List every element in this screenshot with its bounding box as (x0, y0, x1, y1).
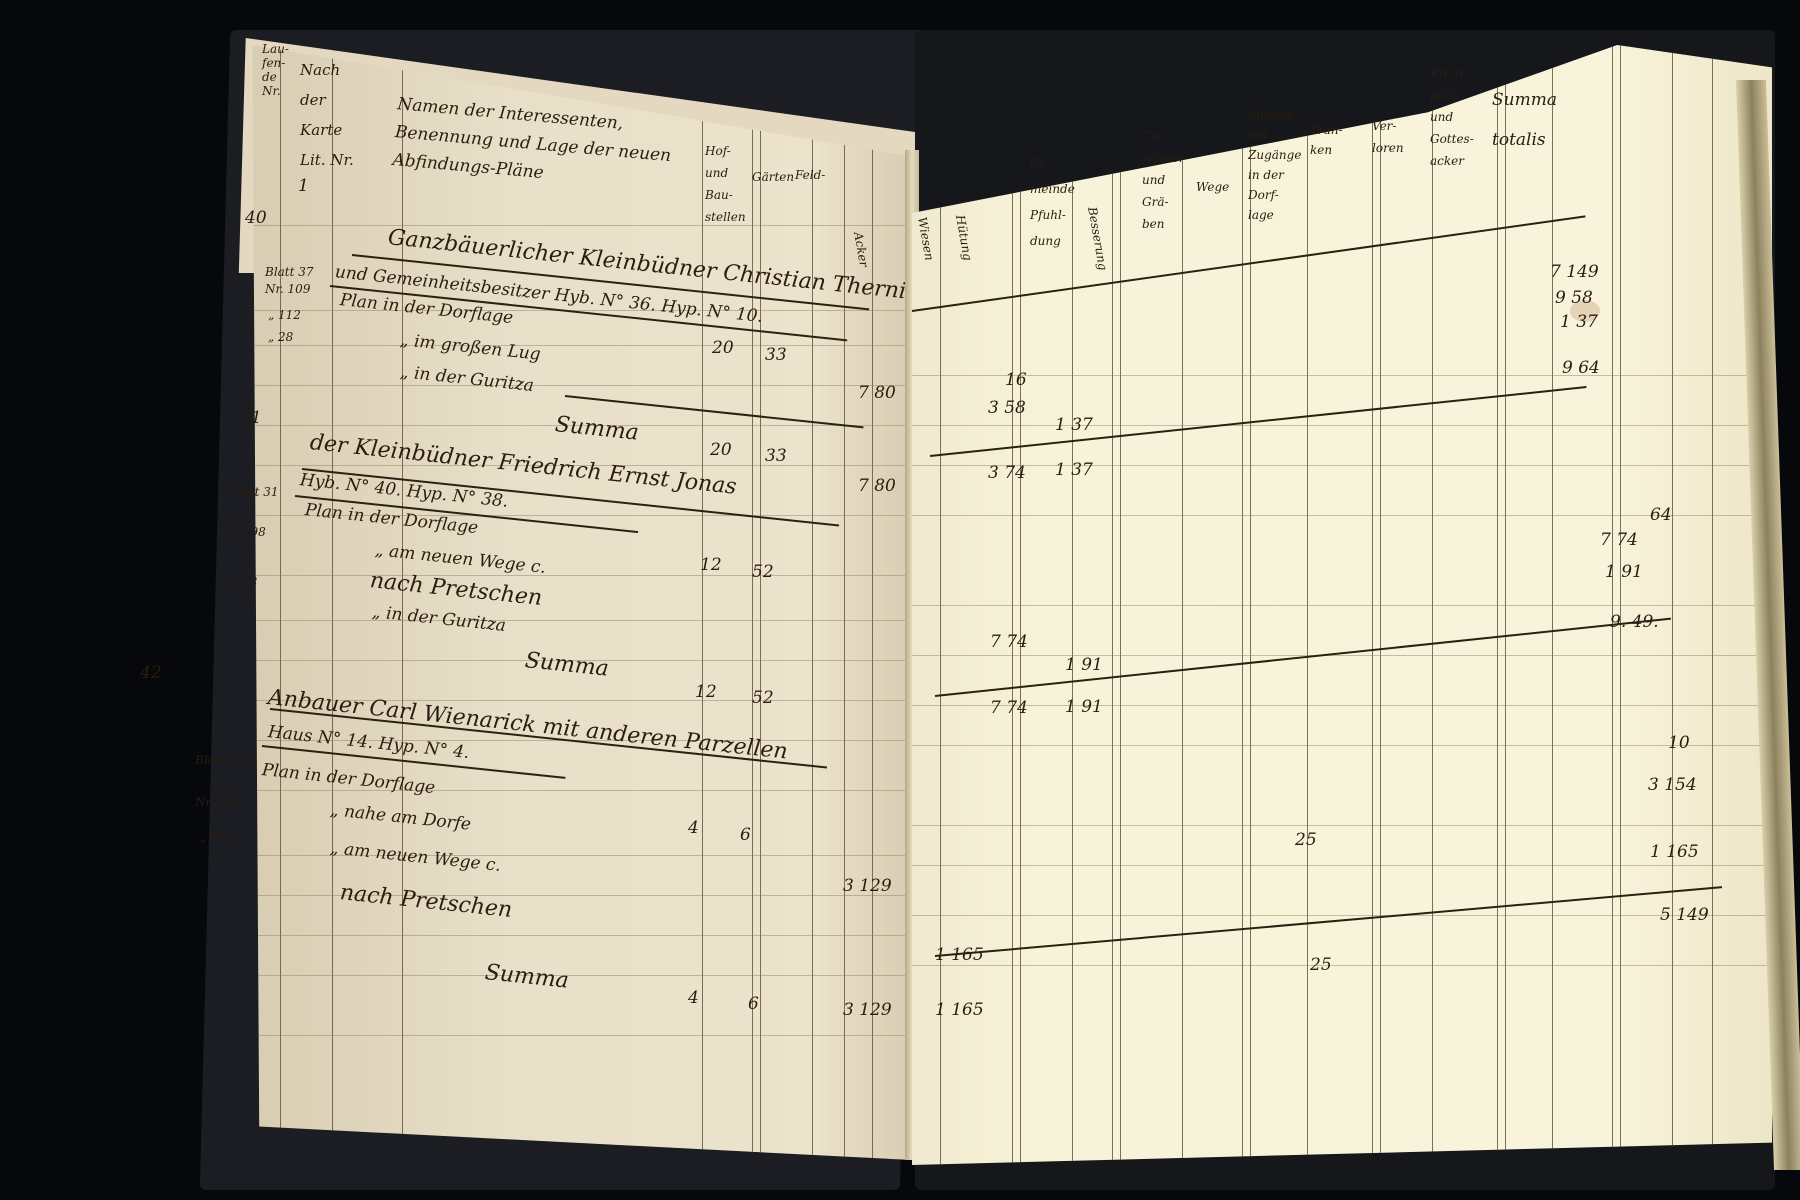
summa-totalis-value: 1 37 (1560, 312, 1598, 332)
col-header-wege: Wege (1196, 180, 1229, 194)
wiesen-summa: 7 74 (990, 698, 1028, 718)
col-header-karte-nr: Nach der Karte Lit. Nr. (300, 55, 360, 175)
entry-value: 33 (765, 345, 787, 365)
summa-value: 52 (752, 688, 774, 708)
summa-totalis-value: 10 (1668, 733, 1690, 753)
col-header-gewaesser: Ge-wässer und Grä-ben (1142, 125, 1187, 235)
entry-ref: Blatt 31 (230, 485, 279, 499)
summa-totalis-value: 9 58 (1555, 288, 1593, 308)
col-header-verloren: Ver-loren (1372, 115, 1412, 159)
summa-acker: 3 129 (843, 1000, 892, 1020)
wiesen-summa: 3 74 (988, 463, 1026, 483)
entry-ref: Nr. 118 (195, 795, 240, 809)
entry-value: 12 (700, 555, 722, 575)
col-header-summe-dorflage: Summe mit Zugänge in der Dorf-lage (1248, 105, 1298, 225)
entry-value: 20 (712, 338, 734, 358)
summa-value: 4 (688, 988, 699, 1008)
wiesen-value: 7 74 (990, 632, 1028, 652)
summa-totalis-value: 1 165 (1650, 842, 1699, 862)
summa-value: 6 (748, 994, 759, 1014)
entry-value: 4 (688, 818, 699, 838)
summa-value: 33 (765, 446, 787, 466)
traenken-summa: 25 (1310, 955, 1332, 975)
entry-ref: Blatt 13 (195, 753, 244, 767)
entry-ref: Blatt 37 (265, 265, 314, 279)
col-header-hof-baustellen: Hof- und Bau-stellen (705, 140, 745, 228)
col-header-laufende-nr: Lau-fen-de Nr. (262, 42, 282, 98)
col-header-feld: Feld- (795, 168, 825, 182)
wiesen-value: 3 58 (988, 398, 1026, 418)
entry-number: 41 (240, 408, 262, 428)
huetung-value: 1 37 (1055, 415, 1093, 435)
entry-ref: Nr. 98 (228, 525, 266, 539)
entry-ref: Nr. 109 (265, 282, 310, 296)
summa-totalis-value: 64 (1650, 505, 1672, 525)
traenken-value: 25 (1295, 830, 1317, 850)
huetung-summa: 1 91 (1065, 697, 1103, 717)
summa-totalis-value: 7 74 (1600, 530, 1638, 550)
col-header-traenken: Trän-ken (1310, 120, 1350, 160)
huetung-value: 1 91 (1065, 655, 1103, 675)
col-header-summa-totalis: Summa totalis (1492, 80, 1572, 160)
wiesen-summa: 1 165 (935, 1000, 984, 1020)
entry-ref: „ 112 (268, 308, 301, 322)
summa-value: 12 (695, 682, 717, 702)
left-page (232, 45, 912, 1160)
col-header-gemeinde-pfuhl: Ge-meinde Pfuhl-dung (1030, 150, 1080, 254)
acker-value: 7 80 (858, 383, 896, 403)
wiesen-value: 16 (1005, 370, 1027, 390)
summa-totalis-value: 3 154 (1648, 775, 1697, 795)
entry-ref: „ 99 (200, 830, 225, 844)
col-header-gaerten: Gärten (752, 170, 792, 184)
acker-value: 3 129 (843, 876, 892, 896)
entry-value: 6 (740, 825, 751, 845)
summa-value: 20 (710, 440, 732, 460)
summa-totalis-value: 1 91 (1605, 562, 1643, 582)
entry-number: 40 (245, 208, 267, 228)
first-row-number: 1 (298, 176, 309, 196)
summa-acker: 7 80 (858, 476, 896, 496)
summa-totalis-summa: 5 149 (1660, 905, 1709, 925)
entry-ref: „ 28 (268, 330, 293, 344)
huetung-summa: 1 37 (1055, 460, 1093, 480)
entry-number: 42 (140, 663, 162, 683)
summa-totalis-summa: 9 64 (1562, 358, 1600, 378)
entry-ref: „ 18 (232, 575, 257, 589)
summa-totalis-value: 7 149 (1550, 262, 1599, 282)
col-header-kirchplatz: Kirch-platz und Gottes-acker (1430, 62, 1480, 172)
entry-value: 52 (752, 562, 774, 582)
